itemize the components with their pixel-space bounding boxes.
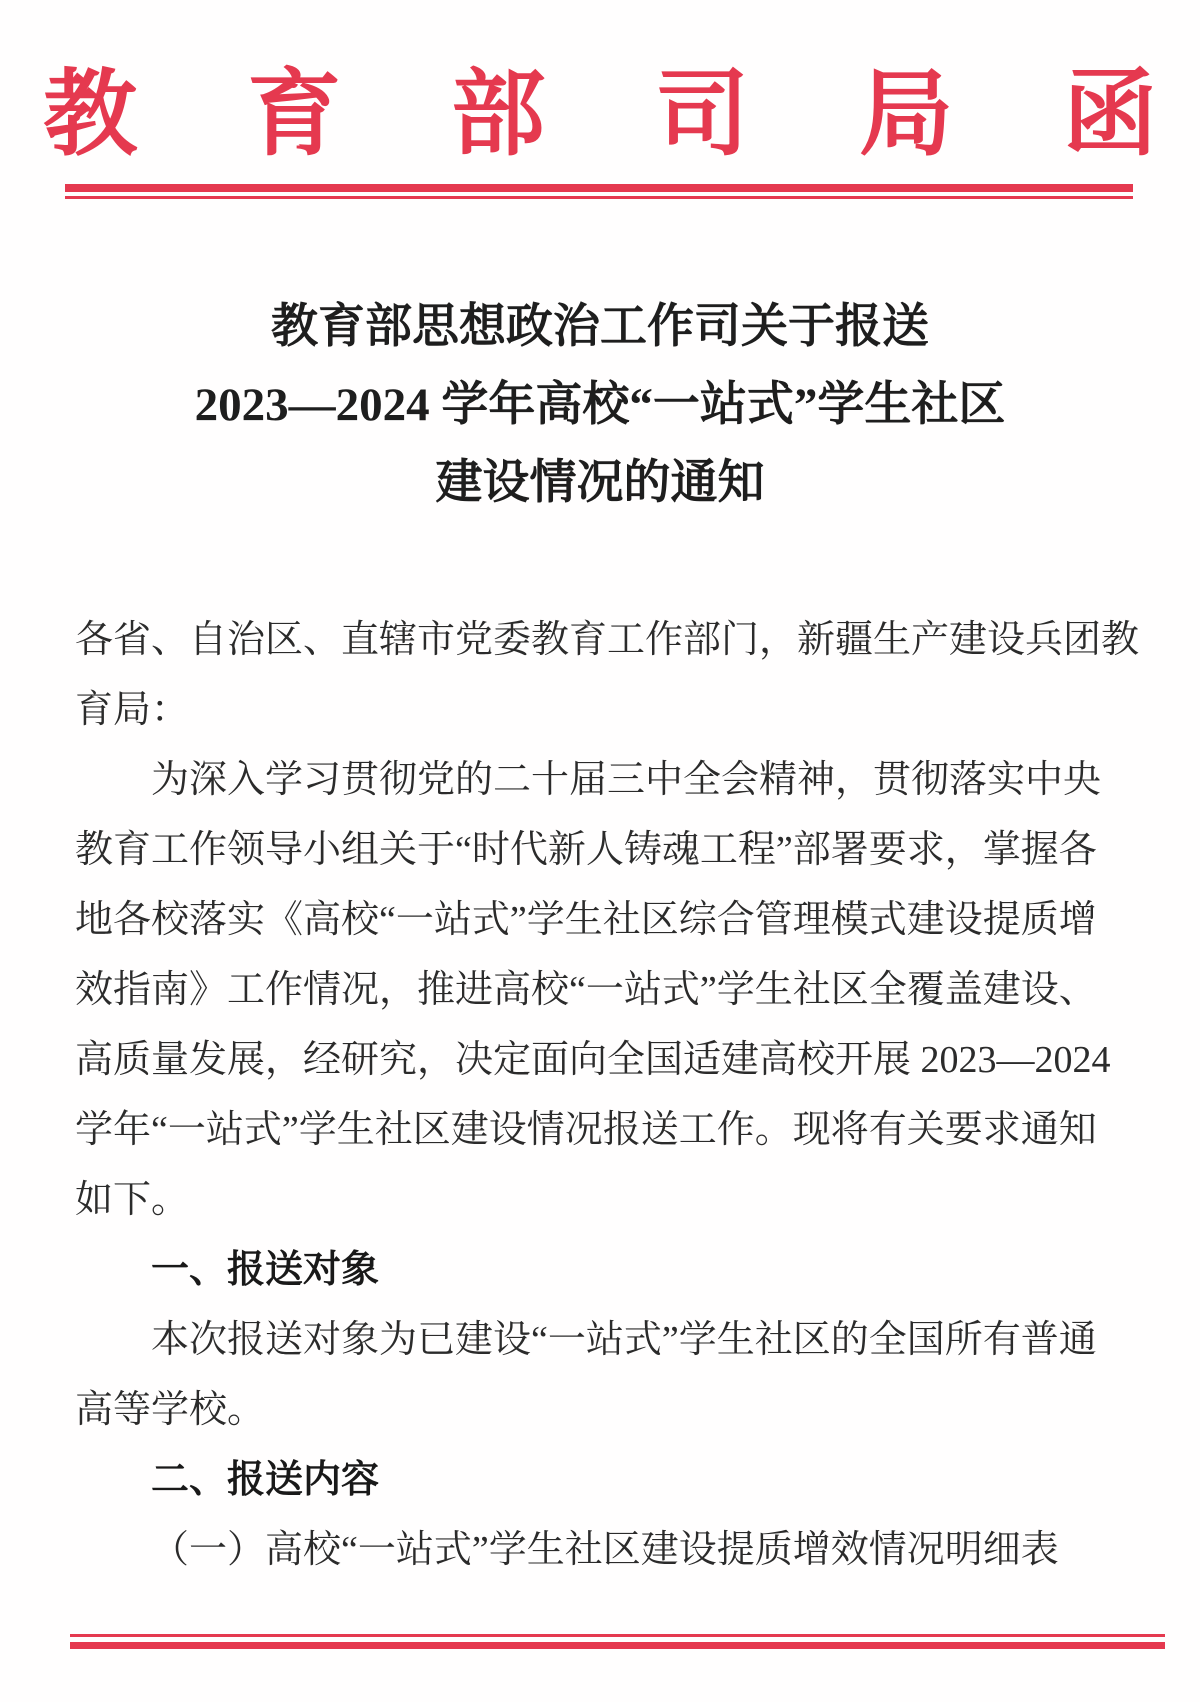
footer-divider [70, 1634, 1165, 1649]
letterhead-divider [65, 184, 1133, 199]
body-line: 为深入学习贯彻党的二十届三中全会精神，贯彻落实中央 [75, 745, 1137, 815]
divider-thick-bar [65, 184, 1133, 192]
scanned-letter-page: 教 育 部 司 局 函 件 教育部思想政治工作司关于报送 2023—2024 学… [0, 0, 1200, 1702]
section-heading-2: 二、报送内容 [75, 1445, 1137, 1515]
body-line: 如下。 [75, 1165, 1137, 1235]
body-line: （一）高校“一站式”学生社区建设提质增效情况明细表 [75, 1515, 1137, 1585]
letter-body: 各省、自治区、直辖市党委教育工作部门，新疆生产建设兵团教 育局： 为深入学习贯彻… [75, 605, 1137, 1585]
body-line: 地各校落实《高校“一站式”学生社区综合管理模式建设提质增 [75, 885, 1137, 955]
body-line: 各省、自治区、直辖市党委教育工作部门，新疆生产建设兵团教 [75, 605, 1137, 675]
body-line: 本次报送对象为已建设“一站式”学生社区的全国所有普通 [75, 1305, 1137, 1375]
divider-thin-bar [65, 196, 1133, 199]
body-line: 教育工作领导小组关于“时代新人铸魂工程”部署要求，掌握各 [75, 815, 1137, 885]
body-line: 高质量发展，经研究，决定面向全国适建高校开展 2023—2024 [75, 1025, 1137, 1095]
body-line: 育局： [75, 675, 1137, 745]
section-heading-1: 一、报送对象 [75, 1235, 1137, 1305]
body-line: 效指南》工作情况，推进高校“一站式”学生社区全覆盖建设、 [75, 955, 1137, 1025]
body-line: 高等学校。 [75, 1375, 1137, 1445]
document-title-line-1: 教育部思想政治工作司关于报送 [0, 288, 1200, 366]
document-title-line-2: 2023—2024 学年高校“一站式”学生社区 [0, 366, 1200, 444]
divider-thick-bar [70, 1642, 1165, 1649]
document-title-line-3: 建设情况的通知 [0, 444, 1200, 522]
body-line: 学年“一站式”学生社区建设情况报送工作。现将有关要求通知 [75, 1095, 1137, 1165]
document-title: 教育部思想政治工作司关于报送 2023—2024 学年高校“一站式”学生社区 建… [0, 288, 1200, 522]
letterhead-masthead: 教 育 部 司 局 函 件 [0, 38, 1200, 173]
